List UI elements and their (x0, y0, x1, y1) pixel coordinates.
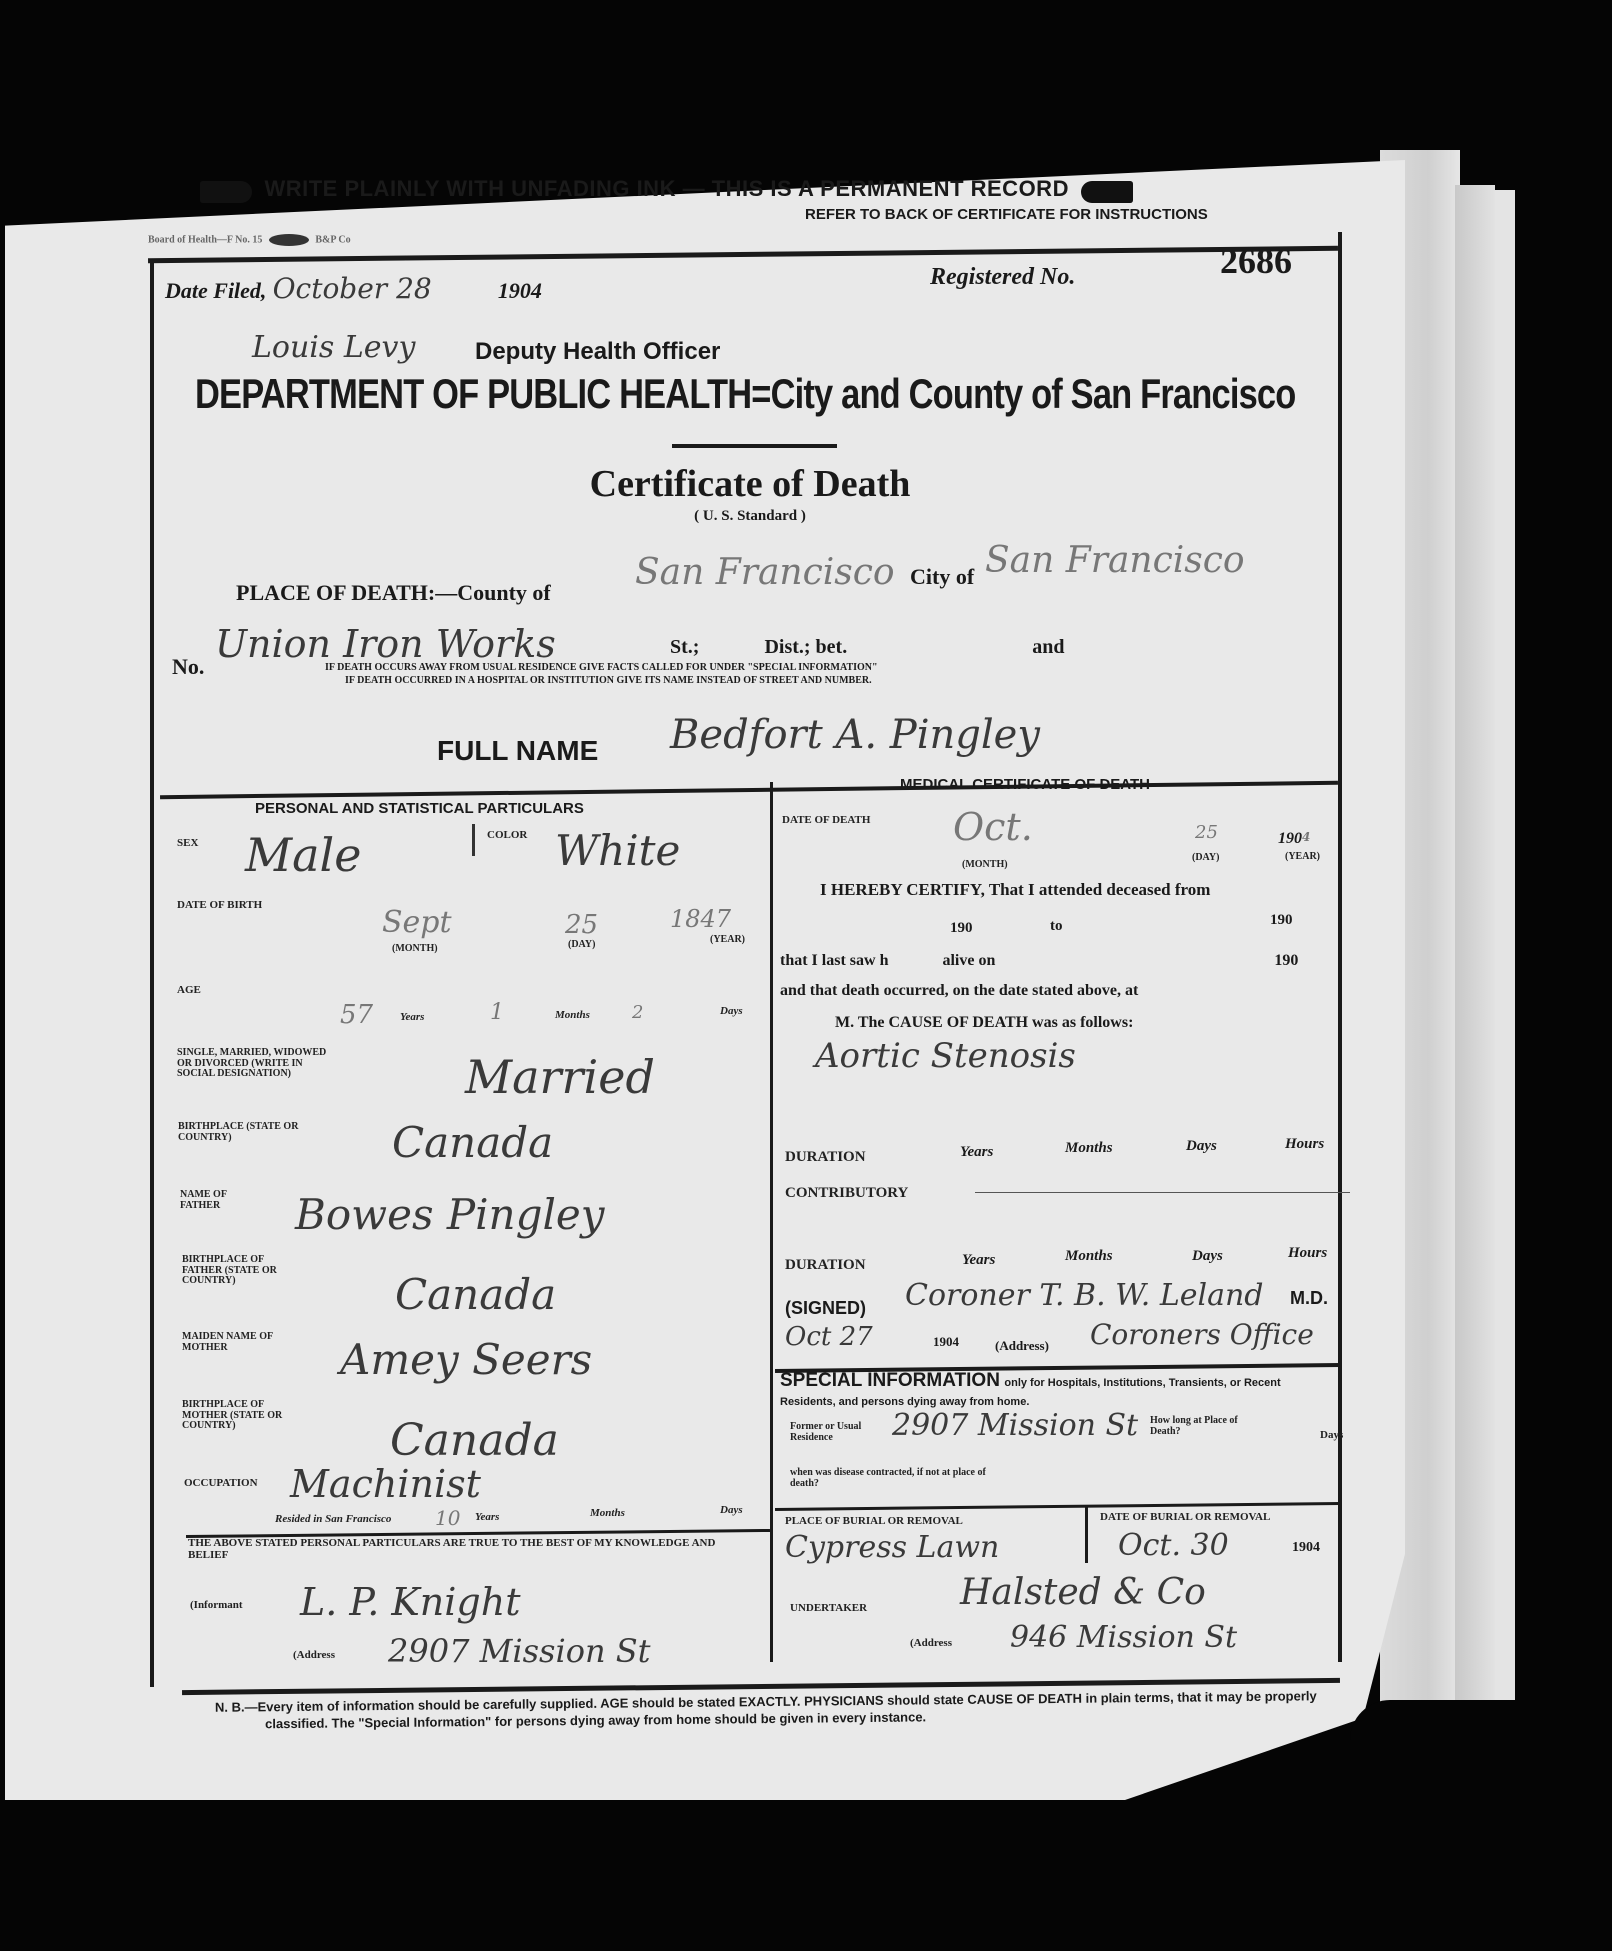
color-value: White (555, 826, 680, 875)
certificate-title: Certificate of Death (500, 462, 1000, 506)
how-long-label: How long at Place of Death? (1150, 1416, 1250, 1437)
dob-label: DATE OF BIRTH (177, 900, 262, 912)
street-no-label: No. (172, 654, 204, 680)
month-caption: (Month) (392, 944, 438, 955)
burial-col-divider (1085, 1505, 1088, 1563)
resided-days-caption: Days (720, 1505, 743, 1517)
age-label: AGE (177, 985, 201, 997)
physician-signature: Coroner T. B. W. Leland (905, 1278, 1264, 1313)
banner-text: WRITE PLAINLY WITH UNFADING INK — THIS I… (264, 176, 1069, 201)
special-heading: SPECIAL INFORMATION only for Hospitals, … (780, 1370, 1335, 1410)
officer-title: Deputy Health Officer (475, 338, 720, 366)
cause-value: Aortic Stenosis (815, 1036, 1076, 1076)
page-stack-edge (1455, 185, 1495, 1765)
county-value: San Francisco (635, 552, 895, 593)
signed-address-value: Coroners Office (1090, 1318, 1314, 1351)
street-district: St.; Dist.; bet. and (670, 636, 1064, 659)
burial-date-label: DATE of BURIAL or REMOVAL (1100, 1512, 1270, 1524)
signed-label: (SIGNED) (785, 1298, 866, 1319)
md-label: M.D. (1290, 1288, 1328, 1309)
informant-label: (Informant (190, 1600, 243, 1612)
father-label: NAME OF FATHER (180, 1190, 260, 1211)
marital-label: SINGLE, MARRIED, WIDOWED OR DIVORCED (Wr… (177, 1048, 337, 1080)
last-saw-line: that I last saw h alive on 190 (780, 952, 1298, 970)
personal-heading: PERSONAL AND STATISTICAL PARTICULARS (255, 800, 584, 817)
page-stack-edge (1495, 190, 1515, 1750)
color-label: COLOR (487, 830, 527, 842)
marital-value: Married (465, 1050, 655, 1104)
medical-heading: MEDICAL CERTIFICATE OF DEATH (900, 776, 1150, 793)
pointing-hand-icon (1081, 181, 1133, 203)
full-name-label: FULL NAME (437, 735, 598, 767)
to-year: 190 (1270, 912, 1293, 929)
age-days: 2 (632, 1002, 643, 1023)
burial-year: 1904 (1292, 1540, 1320, 1556)
occupation-value: Machinist (290, 1462, 481, 1506)
mother-birthplace-label: BIRTHPLACE OF MOTHER (State or Country) (182, 1400, 302, 1432)
duration-months-2: Months (1065, 1248, 1113, 1265)
occurred-text: and that death occurred, on the date sta… (780, 982, 1138, 1000)
days-caption: Days (720, 1006, 743, 1018)
undertaker-label: UNDERTAKER (790, 1603, 867, 1615)
frame-left (150, 262, 154, 1687)
father-birthplace-value: Canada (395, 1270, 556, 1319)
attestation-text: THE ABOVE STATED PERSONAL PARTICULARS AR… (188, 1538, 758, 1561)
burial-place-value: Cypress Lawn (785, 1530, 999, 1565)
dob-year: 1847 (670, 905, 731, 933)
undertaker-address-label: (Address (910, 1638, 952, 1650)
to-label: to (1050, 918, 1063, 935)
mother-birthplace-value: Canada (390, 1415, 559, 1466)
birthplace-value: Canada (392, 1118, 553, 1167)
contracted-label: when was disease contracted, if not at p… (790, 1468, 1010, 1489)
birthplace-label: BIRTHPLACE (State or Country) (178, 1122, 308, 1143)
signed-date: Oct 27 (785, 1322, 873, 1352)
city-value: San Francisco (985, 540, 1245, 581)
sex-value: Male (245, 828, 361, 882)
registered-label: Registered No. (930, 264, 1075, 291)
date-filed-value: October 28 (273, 272, 432, 305)
duration-days: Days (1186, 1138, 1217, 1155)
shadow-corner (1350, 1700, 1612, 1951)
dod-day: 25 (1195, 822, 1218, 843)
dod-year: 1904 (1278, 830, 1310, 848)
dob-day: 25 (565, 910, 598, 940)
column-divider (770, 782, 773, 1662)
certify-text: I HEREBY CERTIFY, That I attended deceas… (820, 880, 1210, 900)
age-months: 1 (490, 1000, 504, 1025)
father-value: Bowes Pingley (295, 1190, 605, 1239)
dod-day-caption: (Day) (1192, 853, 1219, 864)
mother-label: MAIDEN NAME OF MOTHER (182, 1332, 292, 1353)
sex-label: SEX (177, 838, 198, 850)
printer-seal-icon (269, 234, 309, 246)
pointing-hand-icon (200, 181, 252, 203)
resided-years-caption: Years (475, 1512, 499, 1524)
dob-month: Sept (382, 905, 452, 940)
undertaker-value: Halsted & Co (960, 1572, 1206, 1613)
usual-residence-label: Former or Usual Residence (790, 1422, 880, 1443)
dod-month: Oct. (953, 805, 1033, 849)
mother-value: Amey Seers (340, 1335, 592, 1384)
date-filed: Date Filed, October 28 1904 (165, 272, 542, 305)
banner: WRITE PLAINLY WITH UNFADING INK — THIS I… (200, 176, 1300, 203)
informant-value: L. P. Knight (300, 1580, 521, 1624)
duration-days-2: Days (1192, 1248, 1223, 1265)
instructions-ref: REFER TO BACK OF CERTIFICATE FOR INSTRUC… (805, 206, 1208, 223)
title-divider (672, 444, 837, 448)
field-separator (472, 824, 475, 856)
date-of-death-label: DATE OF DEATH (782, 815, 870, 827)
cause-label: M. The CAUSE OF DEATH was as follows: (835, 1014, 1133, 1032)
standard-label: ( U. S. Standard ) (600, 508, 900, 525)
from-year: 190 (950, 920, 973, 937)
age-years: 57 (340, 1000, 373, 1030)
father-birthplace-label: BIRTHPLACE OF FATHER (State or Country) (182, 1255, 302, 1287)
duration-years-2: Years (962, 1252, 995, 1269)
undertaker-address-value: 946 Mission St (1010, 1620, 1237, 1655)
duration-label: DURATION (785, 1150, 866, 1166)
signed-year: 1904 (933, 1334, 959, 1350)
duration-hours-2: Hours (1288, 1245, 1327, 1262)
duration-months: Months (1065, 1140, 1113, 1157)
resided-label: Resided in San Francisco (275, 1514, 391, 1526)
months-caption: Months (555, 1010, 590, 1022)
how-long-days: Days (1320, 1430, 1343, 1442)
department-title: DEPARTMENT OF PUBLIC HEALTH=City and Cou… (195, 370, 1295, 418)
city-label: City of (910, 564, 974, 590)
signed-address-label: (Address) (995, 1338, 1049, 1354)
occupation-label: OCCUPATION (184, 1478, 258, 1490)
dod-month-caption: (Month) (962, 860, 1008, 871)
burial-date-value: Oct. 30 (1118, 1528, 1229, 1563)
duration-years: Years (960, 1144, 993, 1161)
form-id: Board of Health—F No. 15 B&P Co (148, 234, 351, 246)
burial-place-label: PLACE OF BURIAL OR REMOVAL (785, 1516, 963, 1528)
frame-right (1338, 232, 1342, 1662)
death-address-value: Union Iron Works (215, 622, 556, 666)
year-caption: (Year) (710, 935, 745, 946)
duration-label-2: DURATION (785, 1258, 866, 1274)
officer-signature: Louis Levy (252, 330, 415, 365)
contributory-line (975, 1192, 1350, 1193)
place-of-death-label: PLACE OF DEATH:—County of (236, 580, 551, 606)
years-caption: Years (400, 1012, 424, 1024)
resided-months-caption: Months (590, 1508, 625, 1520)
dod-year-caption: (Year) (1285, 852, 1320, 863)
registered-number: 2686 (1220, 240, 1292, 282)
usual-residence-value: 2907 Mission St (892, 1408, 1138, 1443)
resided-years: 10 (435, 1506, 460, 1530)
informant-address-label: (Address (293, 1650, 335, 1662)
duration-hours: Hours (1285, 1136, 1324, 1153)
place-note: IF DEATH OCCURS AWAY FROM USUAL RESIDENC… (325, 662, 878, 687)
contributory-label: CONTRIBUTORY (785, 1186, 908, 1202)
informant-address-value: 2907 Mission St (388, 1632, 651, 1670)
day-caption: (Day) (568, 940, 595, 951)
full-name-value: Bedfort A. Pingley (670, 712, 1040, 758)
